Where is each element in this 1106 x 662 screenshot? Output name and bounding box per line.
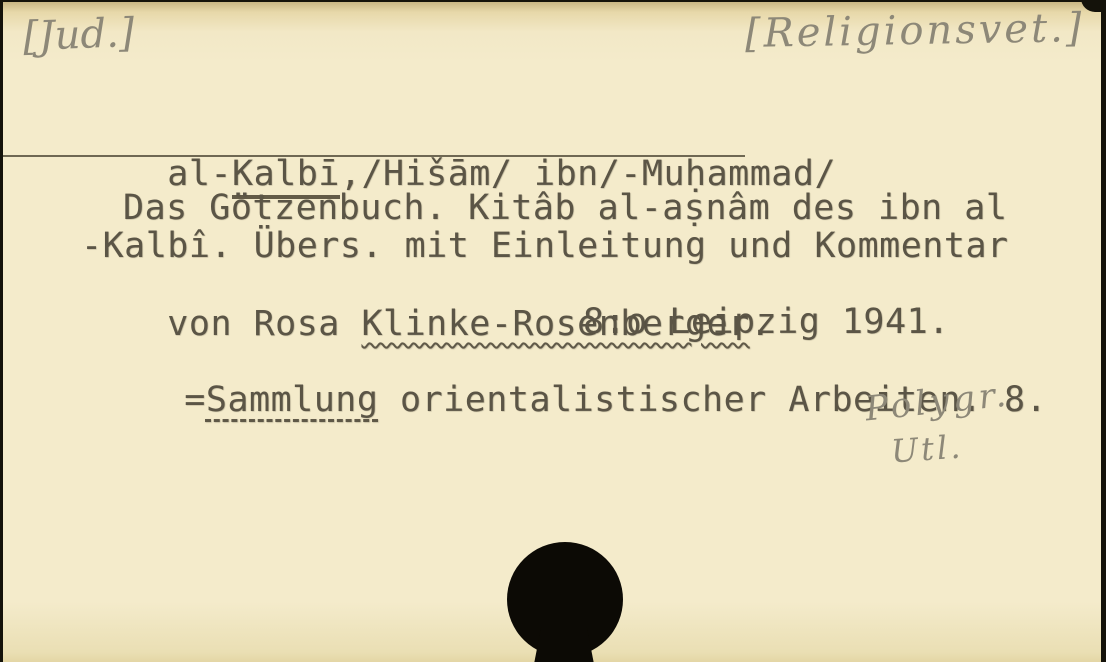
pencil-note-subject: [Religionsvet.] xyxy=(745,5,1085,57)
series-title: Sammlung xyxy=(206,380,379,420)
catalog-card: [Jud.] [Religionsvet.] al-Kalbī,/Hišām/ … xyxy=(0,0,1106,662)
translator-prefix: von Rosa xyxy=(167,304,361,344)
pencil-note-utl: Utl. xyxy=(890,428,965,471)
title-line-1: Das Götzenbuch. Kitâb al-aṣnâm des ibn a… xyxy=(123,188,1007,228)
punch-hole-slot xyxy=(534,627,594,662)
imprint: 8:o Leipzig 1941. xyxy=(583,302,950,342)
series-equals-sign: = xyxy=(184,380,206,420)
heading-rule xyxy=(3,155,745,157)
pencil-note-classification: [Jud.] xyxy=(22,10,135,60)
title-line-2: -Kalbî. Übers. mit Einleitung und Kommen… xyxy=(81,226,1009,266)
card-corner-shadow xyxy=(1081,0,1106,12)
